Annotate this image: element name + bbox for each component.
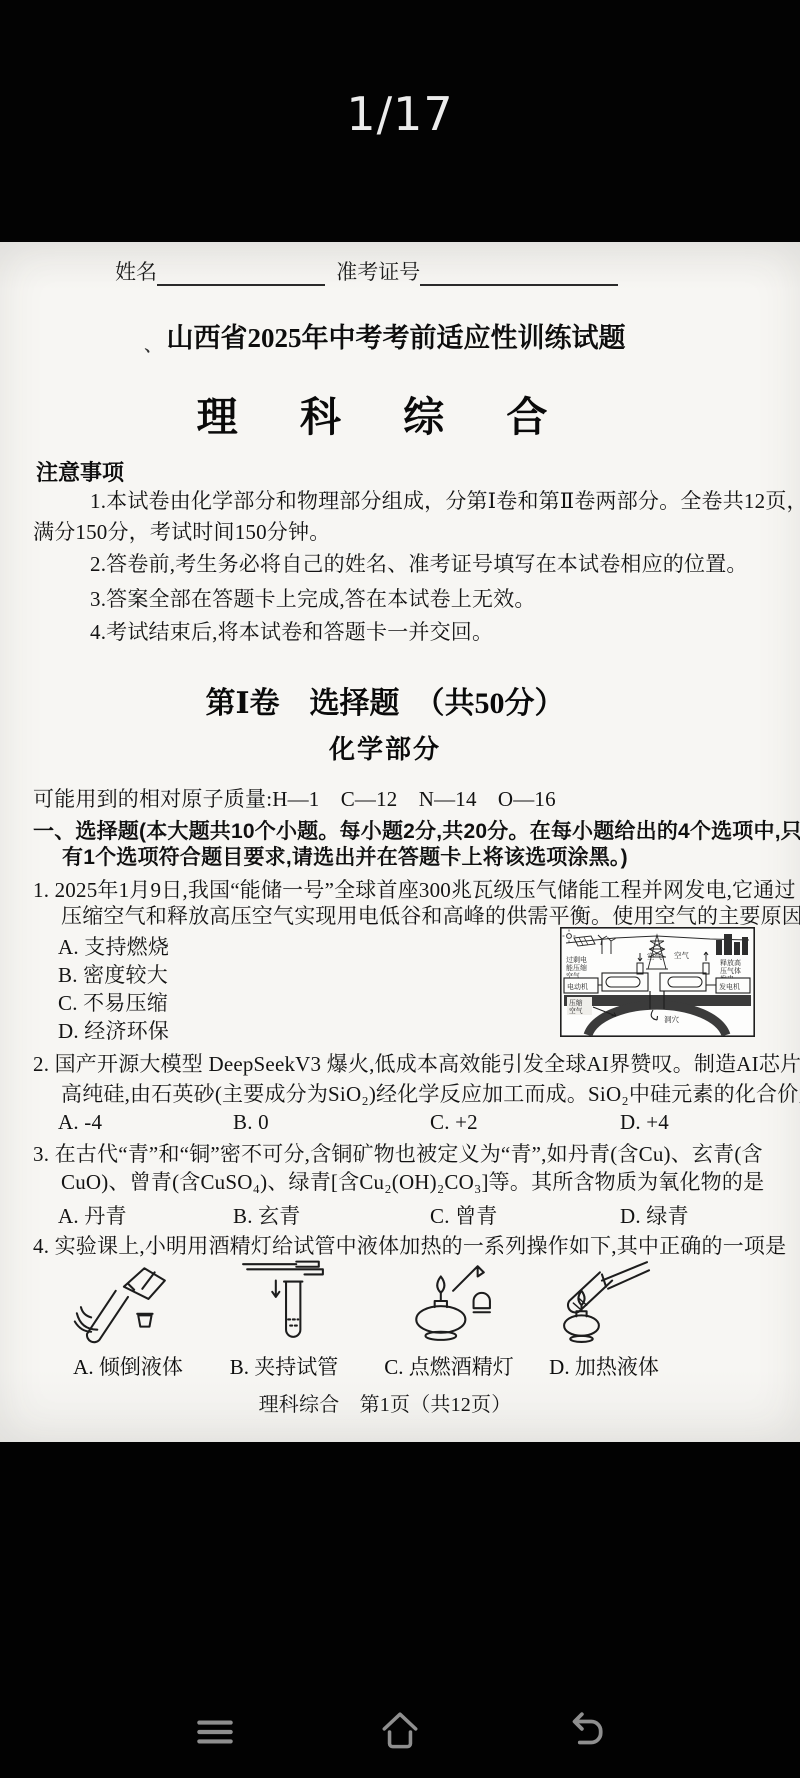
- home-button[interactable]: [377, 1709, 423, 1755]
- notice-line-1: 1.本试卷由化学部分和物理部分组成，分第Ⅰ卷和第Ⅱ卷两部分。全卷共12页，: [90, 485, 800, 515]
- question-3-option-b: B. 玄青: [233, 1200, 301, 1230]
- question-2-option-d: D. +4: [620, 1110, 669, 1135]
- diagram-air-in-label: 空气: [647, 951, 662, 961]
- ticket-label: 准考证号: [330, 260, 420, 284]
- name-blank-line: [157, 266, 325, 286]
- diagram-air-out-label: 空气: [674, 950, 689, 960]
- question-3-option-a: A. 丹青: [58, 1200, 127, 1230]
- q4-figure-b: B. 夹持试管: [209, 1256, 359, 1381]
- clamp-test-tube-figure: [209, 1256, 359, 1344]
- question-1-option-d: D. 经济环保: [58, 1015, 169, 1045]
- question-1-line-2: 压缩空气和释放高压空气实现用电低谷和高峰的供需平衡。使用空气的主要原因是: [61, 900, 800, 930]
- question-1-option-b: B. 密度较大: [58, 959, 168, 989]
- q1-energy-storage-diagram: 过剩电 能压缩 空气 释放高 压气体 发电 空气 空气: [560, 927, 755, 1037]
- q4-figure-c: C. 点燃酒精灯: [374, 1256, 524, 1381]
- q4-label-d: D. 加热液体: [529, 1351, 679, 1381]
- light-lamp-figure: [374, 1256, 524, 1344]
- notice-line-3: 3.答案全部在答题卡上完成,答在本试卷上无效。: [90, 583, 536, 613]
- menu-icon: [192, 1709, 238, 1755]
- notice-line-4: 4.考试结束后,将本试卷和答题卡一并交回。: [90, 616, 493, 646]
- chemistry-part-title: 化学部分: [0, 729, 770, 766]
- android-nav-bar: [0, 1442, 800, 1778]
- question-1-option-c: C. 不易压缩: [58, 987, 168, 1017]
- diagram-release-note-line-2: 压气体: [720, 966, 741, 975]
- question-2-line-2: 高纯硅,由石英砂(主要成分为SiO₂)经化学反应加工而成。SiO₂中硅元素的化合…: [61, 1078, 800, 1108]
- question-2-option-b: B. 0: [233, 1110, 269, 1135]
- q4-label-b: B. 夹持试管: [209, 1351, 359, 1381]
- diagram-compressed-air-line-1: 压缩: [569, 998, 583, 1007]
- diagram-cave-label: 洞穴: [664, 1014, 679, 1024]
- energy-storage-diagram-svg: 过剩电 能压缩 空气 释放高 压气体 发电 空气 空气: [560, 927, 755, 1037]
- section-1-title: 第Ⅰ卷 选择题 （共50分）: [0, 678, 770, 722]
- notice-heading: 注意事项: [36, 456, 124, 487]
- q4-figure-a: A. 倾倒液体: [53, 1256, 203, 1381]
- question-2-option-c: C. +2: [430, 1110, 478, 1135]
- notice-line-2: 2.答卷前,考生务必将自己的姓名、准考证号填写在本试卷相应的位置。: [90, 548, 748, 578]
- name-label: 姓名: [115, 260, 157, 284]
- diagram-surplus-note-line-1: 过剩电: [566, 955, 587, 964]
- title-stray-mark: 、: [144, 338, 166, 355]
- document-page: 姓名 准考证号 、山西省2025年中考考前适应性训练试题 理 科 综 合 注意事…: [0, 242, 800, 1442]
- page-indicator: 1/17: [346, 87, 453, 141]
- diagram-release-note-line-1: 释放高: [720, 958, 741, 967]
- question-3-line-1: 3. 在古代“青”和“铜”密不可分,含铜矿物也被定义为“青”,如丹青(含Cu)、…: [33, 1138, 763, 1168]
- back-icon: [562, 1709, 608, 1755]
- diagram-surplus-note-line-2: 能压缩: [566, 963, 587, 972]
- diagram-motor-label: 电动机: [567, 982, 588, 991]
- question-2-option-a: A. -4: [58, 1110, 102, 1135]
- diagram-compressed-air-line-2: 空气: [569, 1006, 583, 1015]
- q4-label-c: C. 点燃酒精灯: [374, 1351, 524, 1381]
- q4-label-a: A. 倾倒液体: [53, 1351, 203, 1381]
- back-button[interactable]: [562, 1709, 608, 1755]
- menu-button[interactable]: [192, 1709, 238, 1755]
- question-3-line-2: CuO)、曾青(含CuSO₄)、绿青[含Cu₂(OH)₂CO₃]等。其所含物质为…: [61, 1166, 764, 1196]
- question-3-option-d: D. 绿青: [620, 1200, 689, 1230]
- question-2-line-1: 2. 国产开源大模型 DeepSeekV3 爆火,低成本高效能引发全球AI界赞叹…: [33, 1048, 800, 1078]
- subject-title: 理 科 综 合: [0, 384, 770, 443]
- q4-figure-d: D. 加热液体: [529, 1256, 679, 1381]
- question-1-option-a: A. 支持燃烧: [58, 931, 169, 961]
- choice-instruction-line-2: 有1个选项符合题目要求,请选出并在答题卡上将该选项涂黑。): [62, 841, 628, 871]
- home-icon: [377, 1709, 423, 1755]
- exam-title-text: 山西省2025年中考考前适应性训练试题: [167, 323, 626, 353]
- exam-title: 、山西省2025年中考考前适应性训练试题: [0, 316, 770, 356]
- page-footer: 理科综合 第1页（共12页）: [0, 1388, 770, 1417]
- notice-line-1-cont: 满分150分，考试时间150分钟。: [33, 516, 330, 546]
- name-ticket-row: 姓名 准考证号: [115, 256, 618, 286]
- diagram-generator-label: 发电机: [719, 982, 740, 991]
- pour-liquid-figure: [53, 1256, 203, 1344]
- question-3-option-c: C. 曾青: [430, 1200, 498, 1230]
- ticket-blank-line: [420, 266, 618, 286]
- viewer-top-bar: 1/17: [0, 0, 800, 242]
- atomic-mass-note: 可能用到的相对原子质量:H—1 C—12 N—14 O—16: [33, 783, 556, 813]
- heat-liquid-figure: [529, 1256, 679, 1344]
- phone-screen: 1/17 姓名 准考证号 、山西省2025年中考考前适应性训练试题 理 科 综 …: [0, 0, 800, 1778]
